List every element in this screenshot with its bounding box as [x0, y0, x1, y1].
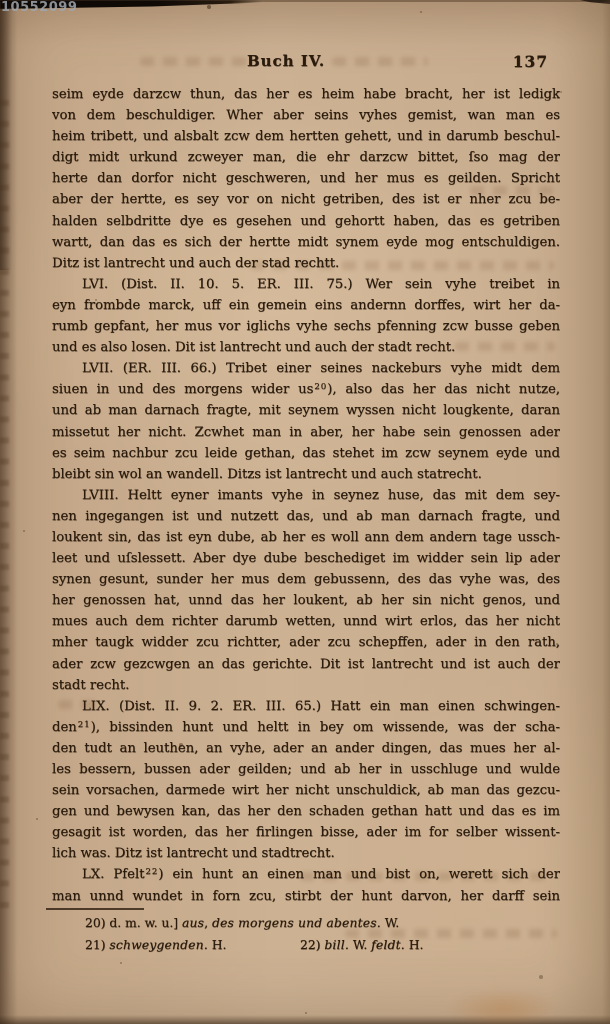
text-line: den21), bissinden hunt und heltt in bey … — [52, 717, 560, 738]
text-line: sein vorsachen, darmede wirt her nicht u… — [52, 780, 560, 801]
text-line: eyn frombde marck, uff ein gemein eins a… — [52, 295, 560, 316]
text-line: loukent sin, das ist eyn dube, ab her es… — [52, 527, 560, 548]
text-line: seim eyde darzcw thun, das her es heim h… — [52, 84, 560, 105]
text-line: man unnd wundet in forn zcu, stirbt der … — [52, 886, 560, 907]
text-line: digt midt urkund zcweyer man, die ehr da… — [52, 147, 560, 168]
text-line: herte dan dorfor nicht geschweren, und h… — [52, 168, 560, 189]
page-header: Buch IV. 137 — [52, 52, 560, 72]
text-line: mues auch dem richter darumb wetten, unn… — [52, 611, 560, 632]
text-line: LVII. (ER. III. 66.) Tribet einer seines… — [52, 358, 560, 379]
text-line: gen und bewysen kan, das her den schaden… — [52, 801, 560, 822]
page-header-title: Buch IV. — [52, 52, 520, 70]
text-line: es seim nachbur zcu leide gethan, das st… — [52, 443, 560, 464]
footnote-item: 21) schweygenden. H. — [52, 935, 300, 957]
text-line: den tudt an leuthen, an vyhe, ader an an… — [52, 738, 560, 759]
text-line: nen ingegangen ist und nutzett das, und … — [52, 506, 560, 527]
body-text: seim eyde darzcw thun, das her es heim h… — [52, 84, 560, 907]
text-line: ader zcw gezcwgen an das gerichte. Dit i… — [52, 654, 560, 675]
text-line: LVI. (Dist. II. 10. 5. ER. III. 75.) Wer… — [52, 274, 560, 295]
footnote-row: 20) d. m. w. u.] aus, des morgens und ab… — [52, 913, 560, 935]
text-line: heim tribett, und alsbalt zcw dem hertte… — [52, 126, 560, 147]
text-line: LVIII. Heltt eyner imants vyhe in seynez… — [52, 485, 560, 506]
text-line: bleibt sin wol an wandell. Ditzs ist lan… — [52, 464, 560, 485]
text-line: stadt recht. — [52, 675, 560, 696]
scan-watermark: 10552099 — [1, 0, 77, 15]
text-line: LIX. (Dist. II. 9. 2. ER. III. 65.) Hatt… — [52, 696, 560, 717]
footnote-item: 22) bill. W. feldt. H. — [300, 935, 560, 957]
text-line: mher taugk widder zcu richtter, ader zcu… — [52, 632, 560, 653]
text-line: rumb gepfant, her mus vor iglichs vyhe s… — [52, 316, 560, 337]
text-line: von dem beschuldiger. Wher aber seins vy… — [52, 105, 560, 126]
text-line: halden selbdritte dye es gesehen und geh… — [52, 211, 560, 232]
paper-stain — [448, 988, 558, 1024]
text-line: siuen in und des morgens wider us20), al… — [52, 379, 560, 400]
text-line: lich was. Ditz ist lantrecht und stadtre… — [52, 843, 560, 864]
footnote-separator — [46, 908, 144, 910]
footnote-item: 20) d. m. w. u.] aus, des morgens und ab… — [52, 913, 399, 935]
footnotes: 20) d. m. w. u.] aus, des morgens und ab… — [52, 913, 560, 956]
text-line: her genossen hat, unnd das her loukent, … — [52, 590, 560, 611]
text-line: und es also losen. Dit ist lantrecht und… — [52, 337, 560, 358]
text-line: LX. Pfelt22) ein hunt an einen man und b… — [52, 864, 560, 885]
text-line: wartt, dan das es sich der hertte midt s… — [52, 232, 560, 253]
footnote-row: 21) schweygenden. H.22) bill. W. feldt. … — [52, 935, 560, 957]
text-line: und ab man darnach fragte, mit seynem wy… — [52, 400, 560, 421]
text-line: synen gesunt, sunder her mus dem gebusse… — [52, 569, 560, 590]
text-line: Ditz ist lantrecht und auch der stad rec… — [52, 253, 560, 274]
text-line: aber der hertte, es sey vor on nicht get… — [52, 189, 560, 210]
scanned-book-page: 10552099 Buch IV. 137 seim eyde darzcw t… — [0, 0, 610, 1024]
page-number: 137 — [513, 52, 548, 71]
page-right-edge-shadow — [602, 0, 610, 1024]
text-line: leet und uſslessett. Aber dye dube besch… — [52, 548, 560, 569]
text-line: gesagit ist worden, das her firlingen bi… — [52, 822, 560, 843]
bleedthrough-edge-ticks — [0, 100, 9, 912]
text-line: missetut her nicht. Zcwhet man in aber, … — [52, 422, 560, 443]
text-line: les bessern, bussen ader geilden; und ab… — [52, 759, 560, 780]
